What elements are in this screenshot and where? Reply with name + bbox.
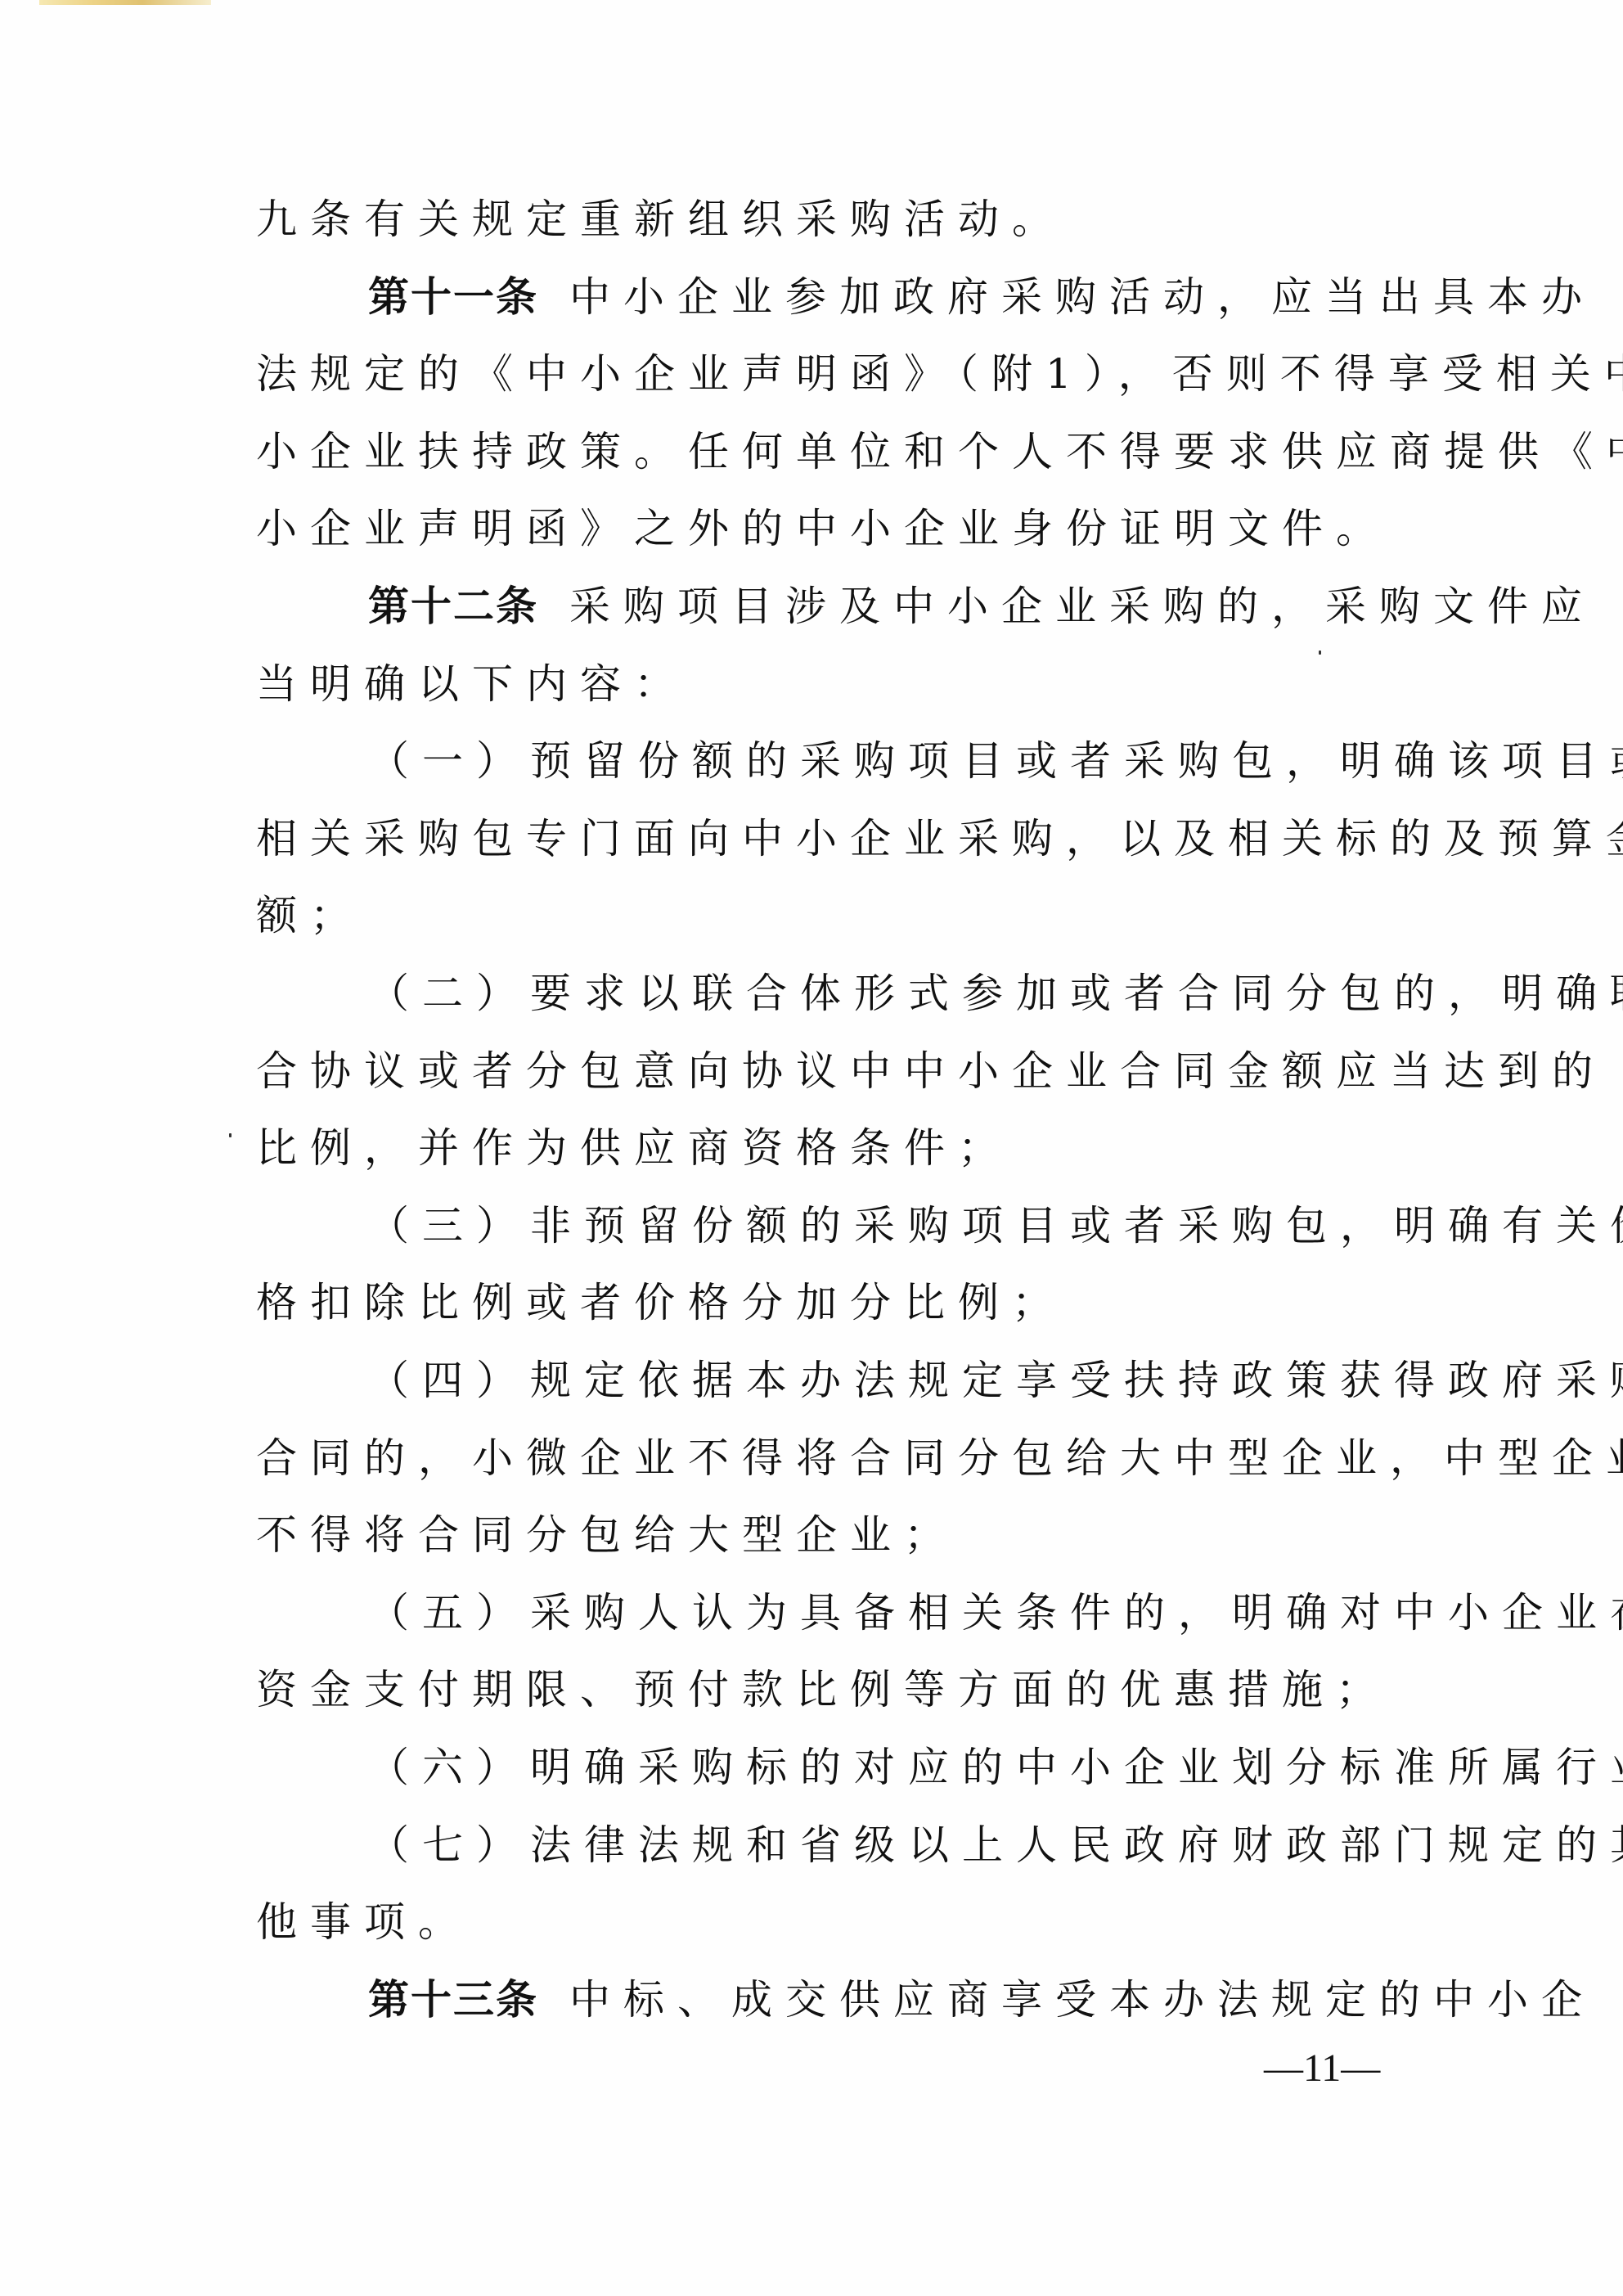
line-text: （一）预留份额的采购项目或者采购包，明确该项目或	[368, 737, 1623, 785]
line-text: 相关采购包专门面向中小企业采购，以及相关标的及预算金	[256, 815, 1623, 862]
line-text: 合同的，小微企业不得将合同分包给大中型企业，中型企业	[256, 1434, 1623, 1482]
article-number: 第十三条	[368, 1976, 538, 2024]
text-line: 比例，并作为供应商资格条件；	[256, 1125, 1381, 1171]
line-text: （三）非预留份额的采购项目或者采购包，明确有关价	[368, 1202, 1623, 1249]
text-line: 合协议或者分包意向协议中中小企业合同金额应当达到的	[256, 1048, 1381, 1094]
line-text: 当明确以下内容：	[256, 660, 688, 708]
scan-speck	[229, 1133, 232, 1137]
text-line: （五）采购人认为具备相关条件的，明确对中小企业在	[368, 1590, 1381, 1636]
line-text: 不得将合同分包给大型企业；	[256, 1511, 958, 1559]
article-line: 第十二条采购项目涉及中小企业采购的，采购文件应	[368, 583, 1381, 629]
line-text: 采购项目涉及中小企业采购的，采购文件应	[569, 583, 1595, 630]
line-text: （二）要求以联合体形式参加或者合同分包的，明确联	[368, 970, 1623, 1017]
article-number: 第十一条	[368, 273, 538, 321]
text-line: 法规定的《中小企业声明函》（附1），否则不得享受相关中	[256, 351, 1381, 397]
text-line: （一）预留份额的采购项目或者采购包，明确该项目或	[368, 738, 1381, 784]
text-line: （三）非预留份额的采购项目或者采购包，明确有关价	[368, 1203, 1381, 1249]
text-line: 资金支付期限、预付款比例等方面的优惠措施；	[256, 1667, 1381, 1713]
article-line: 第十一条中小企业参加政府采购活动，应当出具本办	[368, 274, 1381, 320]
line-text: 小企业扶持政策。任何单位和个人不得要求供应商提供《中	[256, 428, 1623, 475]
article-number: 第十二条	[368, 583, 538, 630]
line-text: （四）规定依据本办法规定享受扶持政策获得政府采购	[368, 1357, 1623, 1404]
line-text: 合协议或者分包意向协议中中小企业合同金额应当达到的	[256, 1047, 1606, 1095]
text-line: 当明确以下内容：	[256, 661, 1381, 707]
line-text: 他事项。	[256, 1898, 472, 1946]
scan-speck	[1319, 651, 1321, 655]
line-text: 中小企业参加政府采购活动，应当出具本办	[569, 273, 1595, 321]
text-line: 格扣除比例或者价格分加分比例；	[256, 1280, 1381, 1326]
page-number: —11—	[1264, 2046, 1380, 2091]
line-text: 中标、成交供应商享受本办法规定的中小企	[569, 1976, 1595, 2024]
line-text: 格扣除比例或者价格分加分比例；	[256, 1279, 1066, 1326]
text-line: （二）要求以联合体形式参加或者合同分包的，明确联	[368, 970, 1381, 1016]
line-text: （六）明确采购标的对应的中小企业划分标准所属行业；	[368, 1744, 1623, 1791]
text-line: 不得将合同分包给大型企业；	[256, 1512, 1381, 1558]
line-text: 九条有关规定重新组织采购活动。	[256, 196, 1066, 243]
document-page: 九条有关规定重新组织采购活动。第十一条中小企业参加政府采购活动，应当出具本办法规…	[0, 0, 1623, 2296]
line-text: 资金支付期限、预付款比例等方面的优惠措施；	[256, 1666, 1390, 1713]
text-line: （六）明确采购标的对应的中小企业划分标准所属行业；	[368, 1745, 1381, 1790]
line-text: 额；	[256, 892, 364, 939]
line-text: 法规定的《中小企业声明函》（附1），否则不得享受相关中	[256, 350, 1623, 398]
text-line: 他事项。	[256, 1899, 1381, 1945]
scan-artifact-strip	[39, 0, 211, 5]
text-line: （七）法律法规和省级以上人民政府财政部门规定的其	[368, 1822, 1381, 1868]
line-text: 比例，并作为供应商资格条件；	[256, 1124, 1012, 1172]
text-line: 额；	[256, 893, 1381, 939]
text-line: （四）规定依据本办法规定享受扶持政策获得政府采购	[368, 1357, 1381, 1403]
article-line: 第十三条中标、成交供应商享受本办法规定的中小企	[368, 1977, 1381, 2023]
line-text: （五）采购人认为具备相关条件的，明确对中小企业在	[368, 1589, 1623, 1636]
line-text: 小企业声明函》之外的中小企业身份证明文件。	[256, 505, 1390, 552]
text-line: 小企业扶持政策。任何单位和个人不得要求供应商提供《中	[256, 429, 1381, 475]
text-line: 合同的，小微企业不得将合同分包给大中型企业，中型企业	[256, 1435, 1381, 1481]
line-text: （七）法律法规和省级以上人民政府财政部门规定的其	[368, 1821, 1623, 1869]
text-line: 九条有关规定重新组织采购活动。	[256, 196, 1381, 242]
text-line: 相关采购包专门面向中小企业采购，以及相关标的及预算金	[256, 816, 1381, 862]
text-line: 小企业声明函》之外的中小企业身份证明文件。	[256, 506, 1381, 551]
